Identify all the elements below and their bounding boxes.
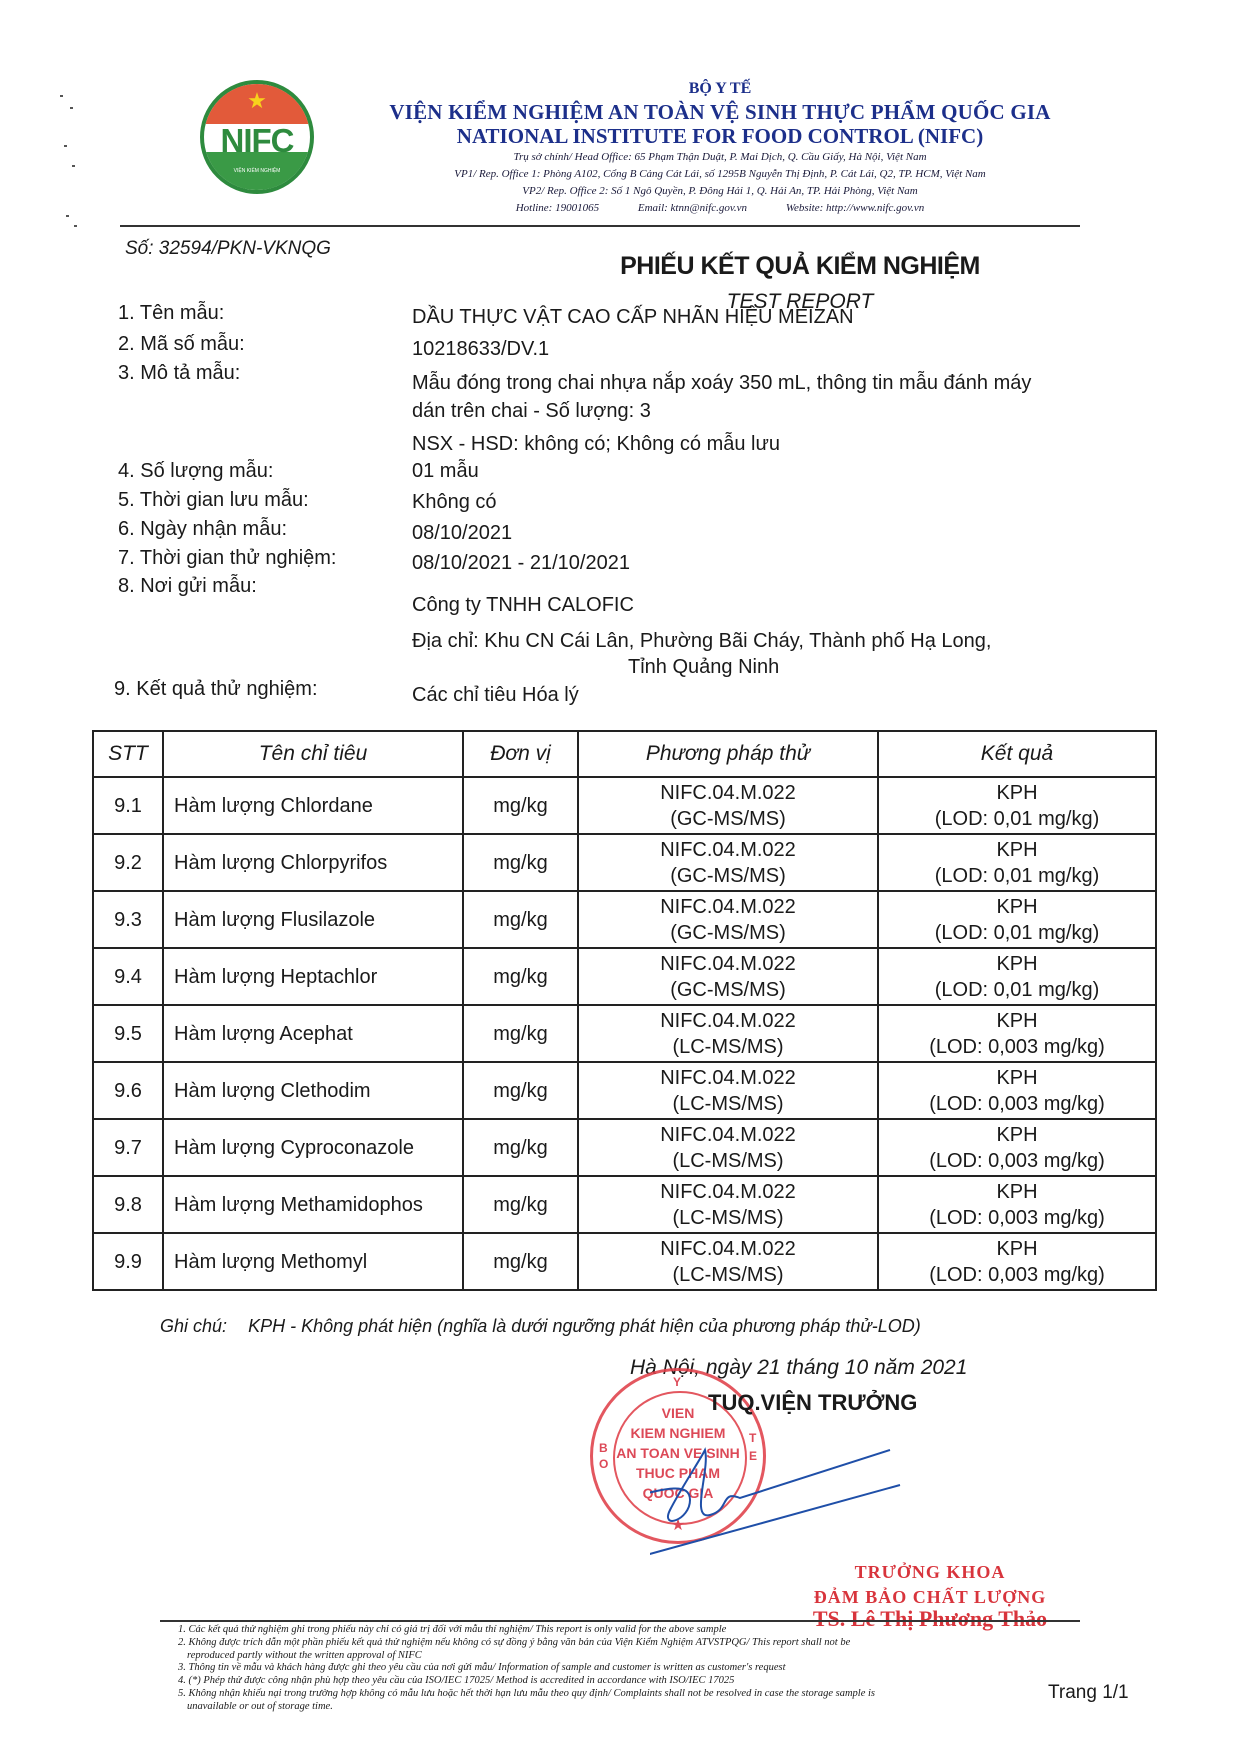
info-value: NSX - HSD: không có; Không có mẫu lưu: [412, 433, 780, 456]
scan-specks: [60, 95, 90, 245]
info-value: Không có: [412, 491, 497, 514]
signer-department-title: TRƯỞNG KHOA: [770, 1562, 1090, 1583]
table-note: Ghi chú: KPH - Không phát hiện (nghĩa là…: [160, 1316, 921, 1337]
table-row: 9.2 Hàm lượng Chlorpyrifos mg/kg NIFC.04…: [93, 834, 1156, 891]
document-number: Số: 32594/PKN-VKNQG: [125, 238, 331, 260]
col-header-result: Kết quả: [878, 731, 1156, 777]
cell-name: Hàm lượng Chlordane: [163, 777, 463, 834]
cell-unit: mg/kg: [463, 777, 578, 834]
cell-stt: 9.3: [93, 891, 163, 948]
cell-unit: mg/kg: [463, 891, 578, 948]
cell-method: NIFC.04.M.022(GC-MS/MS): [578, 891, 878, 948]
logo-text: NIFC: [204, 122, 310, 160]
results-table: STT Tên chỉ tiêu Đơn vị Phương pháp thử …: [92, 730, 1157, 1291]
cell-name: Hàm lượng Chlorpyrifos: [163, 834, 463, 891]
institute-name-en: NATIONAL INSTITUTE FOR FOOD CONTROL (NIF…: [330, 124, 1110, 149]
head-office-address: Trụ sở chính/ Head Office: 65 Phạm Thận …: [330, 151, 1110, 163]
info-value: 08/10/2021: [412, 522, 512, 545]
table-row: 9.8 Hàm lượng Methamidophos mg/kg NIFC.0…: [93, 1176, 1156, 1233]
cell-result: KPH(LOD: 0,01 mg/kg): [878, 834, 1156, 891]
footer-note: 2. Không được trích dẫn một phần phiếu k…: [178, 1637, 1108, 1650]
table-row: 9.5 Hàm lượng Acephat mg/kg NIFC.04.M.02…: [93, 1005, 1156, 1062]
cell-unit: mg/kg: [463, 1233, 578, 1290]
cell-name: Hàm lượng Flusilazole: [163, 891, 463, 948]
info-value: Công ty TNHH CALOFIC: [412, 594, 634, 617]
note-label: Ghi chú:: [160, 1316, 227, 1336]
footer-note: 3. Thông tin về mẫu và khách hàng được g…: [178, 1662, 1108, 1675]
info-value: Tỉnh Quảng Ninh: [628, 656, 779, 679]
info-label: 1. Tên mẫu:: [118, 302, 224, 325]
cell-name: Hàm lượng Methamidophos: [163, 1176, 463, 1233]
footer-note: reproduced partly without the written ap…: [178, 1650, 1108, 1663]
cell-result: KPH(LOD: 0,01 mg/kg): [878, 948, 1156, 1005]
website-link[interactable]: Website: http://www.nifc.gov.vn: [786, 202, 925, 214]
cell-stt: 9.7: [93, 1119, 163, 1176]
star-icon: ★: [204, 89, 310, 113]
cell-stt: 9.6: [93, 1062, 163, 1119]
footer-note: 4. (*) Phép thử được công nhận phù hợp t…: [178, 1675, 1108, 1688]
cell-name: Hàm lượng Heptachlor: [163, 948, 463, 1005]
info-label: 9. Kết quả thử nghiệm:: [114, 678, 318, 701]
table-row: 9.3 Hàm lượng Flusilazole mg/kg NIFC.04.…: [93, 891, 1156, 948]
contact-line: Hotline: 19001065 Email: ktnn@nifc.gov.v…: [330, 202, 1110, 214]
cell-unit: mg/kg: [463, 948, 578, 1005]
logo-subtext: VIỆN KIỂM NGHIỆM: [204, 168, 310, 174]
cell-method: NIFC.04.M.022(LC-MS/MS): [578, 1176, 878, 1233]
cell-unit: mg/kg: [463, 834, 578, 891]
cell-name: Hàm lượng Methomyl: [163, 1233, 463, 1290]
cell-result: KPH(LOD: 0,01 mg/kg): [878, 777, 1156, 834]
footer-notes: 1. Các kết quả thử nghiệm ghi trong phiế…: [178, 1624, 1108, 1714]
cell-result: KPH(LOD: 0,003 mg/kg): [878, 1233, 1156, 1290]
col-header-unit: Đơn vị: [463, 731, 578, 777]
signer-department-name: ĐẢM BẢO CHẤT LƯỢNG: [770, 1587, 1090, 1608]
info-value: 10218633/DV.1: [412, 338, 549, 361]
info-label: 4. Số lượng mẫu:: [118, 460, 273, 483]
cell-unit: mg/kg: [463, 1005, 578, 1062]
table-row: 9.7 Hàm lượng Cyproconazole mg/kg NIFC.0…: [93, 1119, 1156, 1176]
cell-stt: 9.9: [93, 1233, 163, 1290]
page-number: Trang 1/1: [1048, 1682, 1129, 1704]
cell-name: Hàm lượng Clethodim: [163, 1062, 463, 1119]
info-value: Các chỉ tiêu Hóa lý: [412, 684, 579, 707]
col-header-stt: STT: [93, 731, 163, 777]
cell-stt: 9.4: [93, 948, 163, 1005]
cell-result: KPH(LOD: 0,003 mg/kg): [878, 1005, 1156, 1062]
table-row: 9.9 Hàm lượng Methomyl mg/kg NIFC.04.M.0…: [93, 1233, 1156, 1290]
hotline: Hotline: 19001065: [516, 202, 599, 214]
cell-result: KPH(LOD: 0,003 mg/kg): [878, 1062, 1156, 1119]
cell-stt: 9.5: [93, 1005, 163, 1062]
footer-note: unavailable or out of storage time.: [178, 1701, 1108, 1714]
table-row: 9.4 Hàm lượng Heptachlor mg/kg NIFC.04.M…: [93, 948, 1156, 1005]
cell-unit: mg/kg: [463, 1119, 578, 1176]
info-value: Mẫu đóng trong chai nhựa nắp xoáy 350 mL…: [412, 372, 1031, 395]
col-header-name: Tên chỉ tiêu: [163, 731, 463, 777]
rep-office-1-address: VP1/ Rep. Office 1: Phòng A102, Cổng B C…: [330, 168, 1110, 180]
cell-method: NIFC.04.M.022(LC-MS/MS): [578, 1119, 878, 1176]
info-label: 6. Ngày nhận mẫu:: [118, 518, 287, 541]
header-divider: [120, 225, 1080, 227]
table-row: 9.6 Hàm lượng Clethodim mg/kg NIFC.04.M.…: [93, 1062, 1156, 1119]
cell-name: Hàm lượng Acephat: [163, 1005, 463, 1062]
info-value: 08/10/2021 - 21/10/2021: [412, 552, 630, 575]
table-row: 9.1 Hàm lượng Chlordane mg/kg NIFC.04.M.…: [93, 777, 1156, 834]
institute-name-vi: VIỆN KIỂM NGHIỆM AN TOÀN VỆ SINH THỰC PH…: [330, 100, 1110, 125]
cell-method: NIFC.04.M.022(GC-MS/MS): [578, 777, 878, 834]
info-label: 2. Mã số mẫu:: [118, 333, 245, 356]
col-header-method: Phương pháp thử: [578, 731, 878, 777]
footer-note: 1. Các kết quả thử nghiệm ghi trong phiế…: [178, 1624, 1108, 1637]
info-label: 8. Nơi gửi mẫu:: [118, 575, 257, 598]
info-label: 5. Thời gian lưu mẫu:: [118, 489, 309, 512]
cell-method: NIFC.04.M.022(GC-MS/MS): [578, 948, 878, 1005]
cell-method: NIFC.04.M.022(LC-MS/MS): [578, 1005, 878, 1062]
handwritten-signature: [650, 1440, 910, 1570]
cell-stt: 9.8: [93, 1176, 163, 1233]
cell-result: KPH(LOD: 0,003 mg/kg): [878, 1176, 1156, 1233]
footer-note: 5. Không nhận khiếu nại trong trường hợp…: [178, 1688, 1108, 1701]
table-header-row: STT Tên chỉ tiêu Đơn vị Phương pháp thử …: [93, 731, 1156, 777]
email-link[interactable]: Email: ktnn@nifc.gov.vn: [638, 202, 747, 214]
cell-result: KPH(LOD: 0,003 mg/kg): [878, 1119, 1156, 1176]
signer-role: TUQ.VIỆN TRƯỞNG: [708, 1390, 917, 1416]
info-value: Địa chỉ: Khu CN Cái Lân, Phường Bãi Cháy…: [412, 630, 991, 653]
cell-method: NIFC.04.M.022(LC-MS/MS): [578, 1062, 878, 1119]
cell-name: Hàm lượng Cyproconazole: [163, 1119, 463, 1176]
note-text: KPH - Không phát hiện (nghĩa là dưới ngư…: [248, 1316, 921, 1336]
report-title: PHIẾU KẾT QUẢ KIỂM NGHIỆM: [560, 252, 1040, 281]
info-label: 7. Thời gian thử nghiệm:: [118, 547, 336, 570]
cell-stt: 9.2: [93, 834, 163, 891]
info-label: 3. Mô tả mẫu:: [118, 362, 240, 385]
cell-unit: mg/kg: [463, 1062, 578, 1119]
cell-method: NIFC.04.M.022(GC-MS/MS): [578, 834, 878, 891]
cell-unit: mg/kg: [463, 1176, 578, 1233]
cell-result: KPH(LOD: 0,01 mg/kg): [878, 891, 1156, 948]
rep-office-2-address: VP2/ Rep. Office 2: Số 1 Ngô Quyền, P. Đ…: [330, 185, 1110, 197]
info-value: DẦU THỰC VẬT CAO CẤP NHÃN HIỆU MEIZAN: [412, 306, 854, 329]
footer-divider: [160, 1620, 1080, 1622]
info-value: dán trên chai - Số lượng: 3: [412, 400, 651, 423]
info-value: 01 mẫu: [412, 460, 479, 483]
nifc-logo: ★ NIFC VIỆN KIỂM NGHIỆM: [200, 80, 314, 194]
cell-method: NIFC.04.M.022(LC-MS/MS): [578, 1233, 878, 1290]
cell-stt: 9.1: [93, 777, 163, 834]
ministry-name: BỘ Y TẾ: [330, 80, 1110, 98]
